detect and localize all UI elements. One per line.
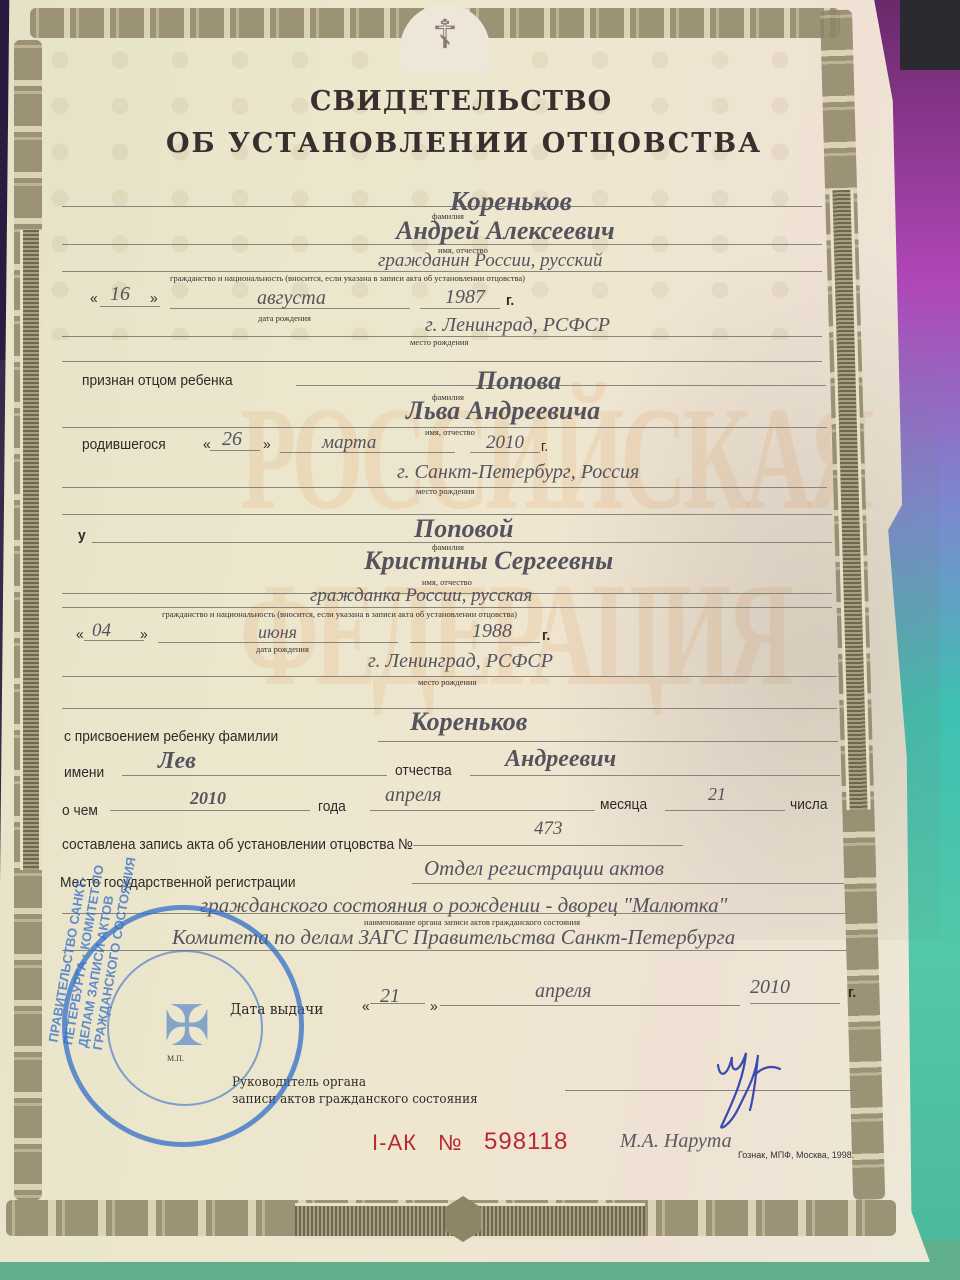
father-birth-date-caption: дата рождения (258, 313, 311, 323)
signature-icon (700, 1035, 790, 1135)
mother-citizenship-caption: гражданство и национальность (вносится, … (162, 609, 517, 619)
certificate-number: 598118 (484, 1128, 568, 1156)
certificate-series: I-АК (372, 1130, 417, 1156)
child-birth-place-caption: место рождения (416, 486, 474, 496)
label-about: о чем (62, 802, 98, 819)
official-stamp: ✠ М.П. ПРАВИТЕЛЬСТВО САНКТ-ПЕТЕРБУРГА · … (62, 905, 304, 1147)
mother-name-patronymic: Кристины Сергеевны (364, 546, 613, 576)
mother-birth-day: 04 (92, 620, 111, 642)
father-birth-place-caption: место рождения (410, 337, 468, 347)
issue-month: апреля (535, 980, 591, 1003)
mother-birth-place-caption: место рождения (418, 677, 476, 687)
child-new-name: Лев (158, 748, 196, 775)
label-recognized-as-father: признан отцом ребенка (82, 372, 233, 389)
father-citizenship: гражданин России, русский (378, 250, 603, 272)
child-birth-place: г. Санкт-Петербург, Россия (397, 461, 639, 484)
child-new-surname: Кореньков (410, 707, 527, 737)
issue-day: 21 (380, 985, 400, 1008)
father-surname: Кореньков (450, 186, 572, 217)
stamp-mp-label: М.П. (167, 1054, 184, 1063)
photo-shadow (540, 240, 940, 940)
child-birth-year: 2010 (486, 432, 524, 454)
label-name: имени (64, 764, 104, 781)
title-line-2: ОБ УСТАНОВЛЕНИИ ОТЦОВСТВА (166, 128, 762, 159)
registration-place-line-2: гражданского состояния о рождении - двор… (200, 893, 727, 918)
title-line-1: СВИДЕТЕЛЬСТВО (310, 86, 612, 117)
record-number: 473 (534, 818, 563, 840)
mother-citizenship: гражданка России, русская (310, 585, 532, 607)
father-birth-day: 16 (110, 283, 130, 306)
child-name-patronymic: Льва Андреевича (406, 396, 600, 426)
stamp-inner-ring: ✠ М.П. (107, 950, 263, 1106)
mother-birth-date-caption: дата рождения (256, 644, 309, 654)
label-born: родившегося (82, 436, 166, 453)
ornamental-band-left (20, 230, 42, 870)
label-year: года (318, 798, 346, 815)
stamp-eagle-icon: ✠ (157, 992, 217, 1062)
child-birth-month: марта (322, 432, 376, 454)
mother-birth-year: 1988 (472, 620, 512, 643)
mother-surname: Поповой (414, 514, 513, 544)
issue-year: 2010 (750, 976, 790, 999)
father-birth-year: 1987 (445, 286, 485, 309)
father-birth-place: г. Ленинград, РСФСР (425, 314, 610, 337)
mother-birth-place: г. Ленинград, РСФСР (368, 650, 553, 673)
background-dark-corner (900, 0, 960, 70)
father-name-patronymic: Андрей Алексеевич (396, 216, 615, 246)
father-citizenship-caption: гражданство и национальность (вносится, … (170, 273, 525, 283)
label-assigned-surname: с присвоением ребенку фамилии (64, 728, 278, 745)
child-new-patronymic: Андреевич (505, 746, 616, 773)
child-name-caption: имя, отчество (425, 427, 475, 437)
label-patronymic: отчества (395, 762, 452, 779)
label-day: числа (790, 796, 828, 813)
registration-place-line-1: Отдел регистрации актов (424, 856, 664, 881)
mother-birth-month: июня (258, 622, 297, 643)
printer-imprint: Гознак, МПФ, Москва, 1998. (738, 1150, 854, 1160)
child-surname: Попова (476, 366, 561, 396)
number-sign: № (438, 1130, 463, 1156)
record-day: 21 (708, 784, 726, 805)
child-birth-day: 26 (222, 428, 242, 451)
father-birth-month: августа (257, 287, 326, 310)
label-at: у (78, 527, 86, 544)
label-month: месяца (600, 796, 647, 813)
record-year: 2010 (190, 788, 226, 809)
record-month: апреля (385, 784, 441, 807)
